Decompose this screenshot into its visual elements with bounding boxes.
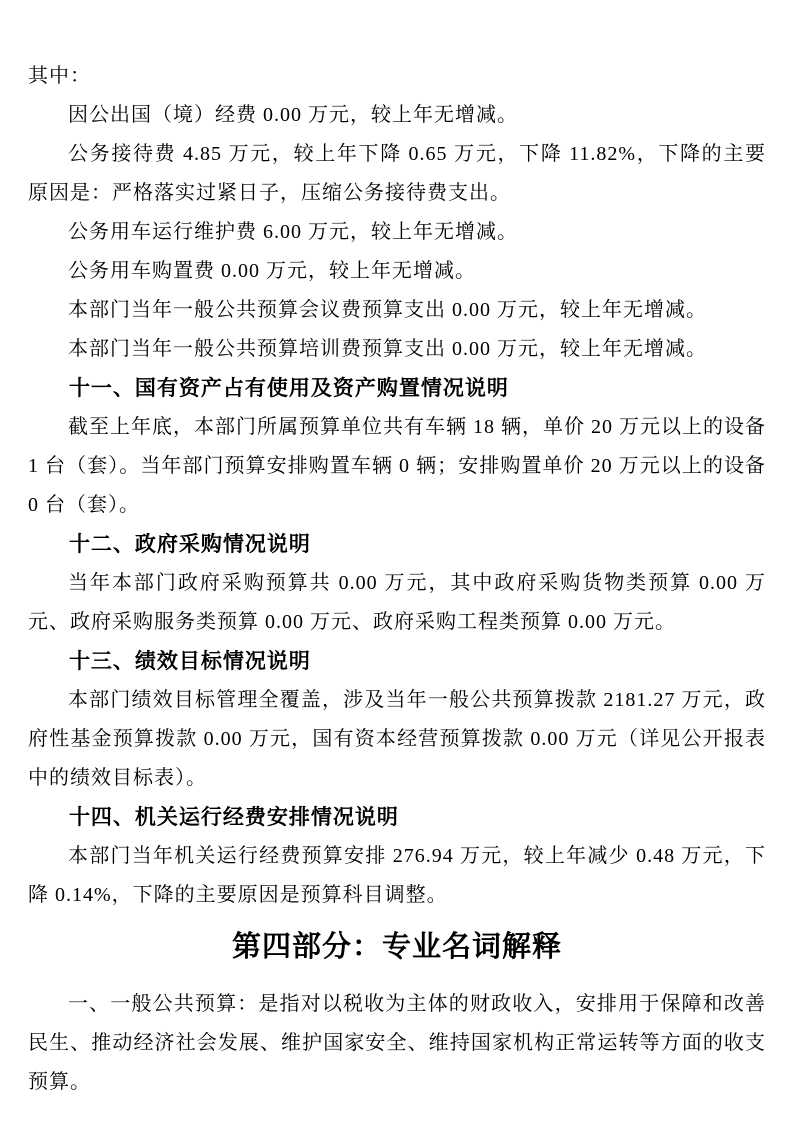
section-heading-13-performance-targets: 十三、绩效目标情况说明 [28,642,766,681]
paragraph-performance-targets: 本部门绩效目标管理全覆盖，涉及当年一般公共预算拨款 2181.27 万元，政府性… [28,681,766,798]
paragraph-meeting-fee-budget: 本部门当年一般公共预算会议费预算支出 0.00 万元，较上年无增减。 [28,291,766,330]
lead-label: 其中： [28,57,766,96]
section-heading-12-government-procurement: 十二、政府采购情况说明 [28,525,766,564]
part4-title: 第四部分：专业名词解释 [28,919,766,975]
paragraph-operating-expense: 本部门当年机关运行经费预算安排 276.94 万元，较上年减少 0.48 万元，… [28,837,766,915]
paragraph-official-reception-expense: 公务接待费 4.85 万元，较上年下降 0.65 万元，下降 11.82%，下降… [28,135,766,213]
paragraph-state-assets: 截至上年底，本部门所属预算单位共有车辆 18 辆，单价 20 万元以上的设备 1… [28,408,766,525]
paragraph-vehicle-maintenance-expense: 公务用车运行维护费 6.00 万元，较上年无增减。 [28,213,766,252]
paragraph-term-general-public-budget: 一、一般公共预算：是指对以税收为主体的财政收入，安排用于保障和改善民生、推动经济… [28,985,766,1102]
paragraph-training-fee-budget: 本部门当年一般公共预算培训费预算支出 0.00 万元，较上年无增减。 [28,330,766,369]
paragraph-abroad-expense: 因公出国（境）经费 0.00 万元，较上年无增减。 [28,96,766,135]
paragraph-vehicle-purchase-expense: 公务用车购置费 0.00 万元，较上年无增减。 [28,252,766,291]
section-heading-11-state-assets: 十一、国有资产占有使用及资产购置情况说明 [28,369,766,408]
paragraph-government-procurement: 当年本部门政府采购预算共 0.00 万元，其中政府采购货物类预算 0.00 万元… [28,564,766,642]
section-heading-14-operating-expense: 十四、机关运行经费安排情况说明 [28,798,766,837]
document-page: 其中： 因公出国（境）经费 0.00 万元，较上年无增减。 公务接待费 4.85… [0,0,793,1122]
